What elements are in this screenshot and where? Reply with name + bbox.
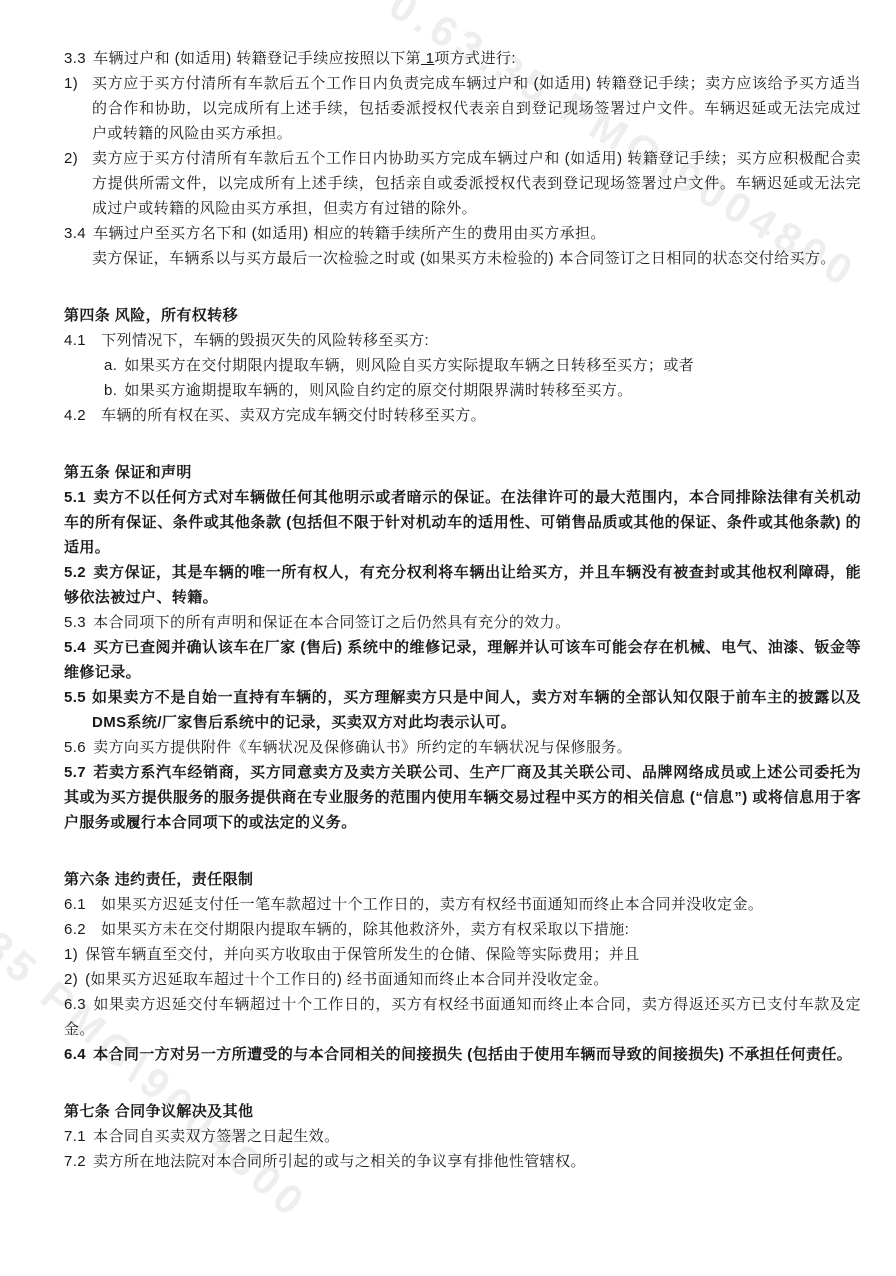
- clause-7-2: 7.2卖方所在地法院对本合同所引起的或与之相关的争议享有排他性管辖权。: [64, 1149, 861, 1174]
- clause-num: 6.2: [64, 921, 86, 938]
- item-text: 如果买方逾期提取车辆的，则风险自约定的原交付期限界满时转移至买方。: [124, 382, 632, 399]
- clause-6-4: 6.4本合同一方对另一方所遭受的与本合同相关的间接损失 (包括由于使用车辆而导致…: [64, 1042, 861, 1067]
- clause-num: 5.1: [64, 489, 86, 506]
- item-num: 2): [64, 146, 78, 171]
- clause-num: 7.2: [64, 1153, 86, 1170]
- clause-text: 如果买方迟延支付任一笔车款超过十个工作日的，卖方有权经书面通知而终止本合同并没收…: [101, 896, 763, 913]
- clause-5-6: 5.6卖方向买方提供附件《车辆状况及保修确认书》所约定的车辆状况与保修服务。: [64, 735, 861, 760]
- section-5-title: 第五条 保证和声明: [64, 460, 861, 485]
- item-text: 买方应于买方付清所有车款后五个工作日内负责完成车辆过户和 (如适用) 转籍登记手…: [92, 75, 861, 142]
- clause-5-3: 5.3本合同项下的所有声明和保证在本合同签订之后仍然具有充分的效力。: [64, 610, 861, 635]
- section-4-title: 第四条 风险，所有权转移: [64, 303, 861, 328]
- clause-6-2: 6.2如果买方未在交付期限内提取车辆的，除其他救济外，卖方有权采取以下措施:: [64, 917, 861, 942]
- item-num: 1): [64, 71, 78, 96]
- clause-5-5: 5.5如果卖方不是自始一直持有车辆的，买方理解卖方只是中间人，卖方对车辆的全部认…: [64, 685, 861, 735]
- clause-5-7: 5.7若卖方系汽车经销商，买方同意卖方及卖方关联公司、生产厂商及其关联公司、品牌…: [64, 760, 861, 835]
- clause-text: 卖方保证，车辆系以与买方最后一次检验之时或 (如果买方未检验的) 本合同签订之日…: [92, 250, 836, 267]
- clause-num: 3.4: [64, 225, 86, 242]
- clause-num: 6.4: [64, 1046, 86, 1063]
- clause-text: 车辆过户和 (如适用) 转籍登记手续应按照以下第: [93, 50, 421, 67]
- clause-5-4: 5.4买方已查阅并确认该车在厂家 (售后) 系统中的维修记录，理解并认可该车可能…: [64, 635, 861, 685]
- clause-6-1: 6.1如果买方迟延支付任一笔车款超过十个工作日的，卖方有权经书面通知而终止本合同…: [64, 892, 861, 917]
- item-text: 保管车辆直至交付，并向买方收取由于保管所发生的仓储、保险等实际费用；并且: [85, 946, 639, 963]
- clause-text: 本合同自买卖双方签署之日起生效。: [93, 1128, 339, 1145]
- clause-6-3: 6.3如果卖方迟延交付车辆超过十个工作日的，买方有权经书面通知而终止本合同，卖方…: [64, 992, 861, 1042]
- item-num: a.: [104, 357, 117, 374]
- clause-text: 下列情况下，车辆的毁损灭失的风险转移至买方:: [101, 332, 429, 349]
- clause-text: 若卖方系汽车经销商，买方同意卖方及卖方关联公司、生产厂商及其关联公司、品牌网络成…: [64, 764, 861, 831]
- clause-4-2: 4.2车辆的所有权在买、卖双方完成车辆交付时转移至买方。: [64, 403, 861, 428]
- clause-text: 卖方向买方提供附件《车辆状况及保修确认书》所约定的车辆状况与保修服务。: [93, 739, 632, 756]
- item-text: 如果买方在交付期限内提取车辆，则风险自买方实际提取车辆之日转移至买方；或者: [124, 357, 694, 374]
- clause-text: 本合同一方对另一方所遭受的与本合同相关的间接损失 (包括由于使用车辆而导致的间接…: [93, 1046, 852, 1063]
- clause-6-2-item-1: 1)保管车辆直至交付，并向买方收取由于保管所发生的仓储、保险等实际费用；并且: [64, 942, 861, 967]
- clause-num: 5.5: [64, 685, 86, 710]
- clause-num: 5.2: [64, 564, 86, 581]
- clause-num: 4.1: [64, 332, 86, 349]
- clause-num: 4.2: [64, 407, 86, 424]
- contract-body: 3.3车辆过户和 (如适用) 转籍登记手续应按照以下第 1项方式进行: 1)买方…: [64, 46, 861, 1174]
- clause-text: 本合同项下的所有声明和保证在本合同签订之后仍然具有充分的效力。: [93, 614, 570, 631]
- item-text: (如果买方迟延取车超过十个工作日的) 经书面通知而终止本合同并没收定金。: [85, 971, 609, 988]
- clause-text: 卖方不以任何方式对车辆做任何其他明示或者暗示的保证。在法律许可的最大范围内，本合…: [64, 489, 861, 556]
- clause-text: 买方已查阅并确认该车在厂家 (售后) 系统中的维修记录，理解并认可该车可能会存在…: [64, 639, 861, 681]
- section-7-title: 第七条 合同争议解决及其他: [64, 1099, 861, 1124]
- clause-4-1-b: b.如果买方逾期提取车辆的，则风险自约定的原交付期限界满时转移至买方。: [104, 378, 861, 403]
- clause-num: 3.3: [64, 50, 86, 67]
- item-num: 1): [64, 946, 78, 963]
- clause-text: 车辆过户至买方名下和 (如适用) 相应的转籍手续所产生的费用由买方承担。: [93, 225, 606, 242]
- list-item-1: 1)买方应于买方付清所有车款后五个工作日内负责完成车辆过户和 (如适用) 转籍登…: [64, 71, 861, 146]
- clause-text: 车辆的所有权在买、卖双方完成车辆交付时转移至买方。: [101, 407, 486, 424]
- filled-blank: 1: [421, 50, 434, 67]
- clause-text: 卖方保证，其是车辆的唯一所有权人，有充分权利将车辆出让给买方，并且车辆没有被查封…: [64, 564, 861, 606]
- clause-num: 6.3: [64, 996, 86, 1013]
- clause-num: 5.6: [64, 739, 86, 756]
- clause-6-2-item-2: 2)(如果买方迟延取车超过十个工作日的) 经书面通知而终止本合同并没收定金。: [64, 967, 861, 992]
- clause-4-1-a: a.如果买方在交付期限内提取车辆，则风险自买方实际提取车辆之日转移至买方；或者: [104, 353, 861, 378]
- item-num: b.: [104, 382, 117, 399]
- clause-num: 6.1: [64, 896, 86, 913]
- clause-num: 5.7: [64, 764, 86, 781]
- clause-text: 卖方所在地法院对本合同所引起的或与之相关的争议享有排他性管辖权。: [93, 1153, 586, 1170]
- contract-page: 0.63.35 PMG\9004800 35 PMG\9004800 3.3车辆…: [0, 0, 896, 1276]
- clause-3-4: 3.4车辆过户至买方名下和 (如适用) 相应的转籍手续所产生的费用由买方承担。: [64, 221, 861, 246]
- section-6-title: 第六条 违约责任，责任限制: [64, 867, 861, 892]
- clause-4-1: 4.1下列情况下，车辆的毁损灭失的风险转移至买方:: [64, 328, 861, 353]
- clause-3-3: 3.3车辆过户和 (如适用) 转籍登记手续应按照以下第 1项方式进行:: [64, 46, 861, 71]
- item-num: 2): [64, 971, 78, 988]
- clause-text: 如果卖方迟延交付车辆超过十个工作日的，买方有权经书面通知而终止本合同，卖方得返还…: [64, 996, 861, 1038]
- clause-text: 如果买方未在交付期限内提取车辆的，除其他救济外，卖方有权采取以下措施:: [101, 921, 629, 938]
- clause-7-1: 7.1本合同自买卖双方签署之日起生效。: [64, 1124, 861, 1149]
- clause-num: 5.3: [64, 614, 86, 631]
- clause-5-2: 5.2卖方保证，其是车辆的唯一所有权人，有充分权利将车辆出让给买方，并且车辆没有…: [64, 560, 861, 610]
- clause-num: 7.1: [64, 1128, 86, 1145]
- list-item-2: 2)卖方应于买方付清所有车款后五个工作日内协助买方完成车辆过户和 (如适用) 转…: [64, 146, 861, 221]
- clause-text: 如果卖方不是自始一直持有车辆的，买方理解卖方只是中间人，卖方对车辆的全部认知仅限…: [92, 689, 861, 731]
- clause-5-1: 5.1卖方不以任何方式对车辆做任何其他明示或者暗示的保证。在法律许可的最大范围内…: [64, 485, 861, 560]
- item-text: 卖方应于买方付清所有车款后五个工作日内协助买方完成车辆过户和 (如适用) 转籍登…: [92, 150, 861, 217]
- clause-num: 5.4: [64, 639, 86, 656]
- clause-text: 项方式进行:: [434, 50, 516, 67]
- clause-3-4-note: 卖方保证，车辆系以与买方最后一次检验之时或 (如果买方未检验的) 本合同签订之日…: [92, 246, 861, 271]
